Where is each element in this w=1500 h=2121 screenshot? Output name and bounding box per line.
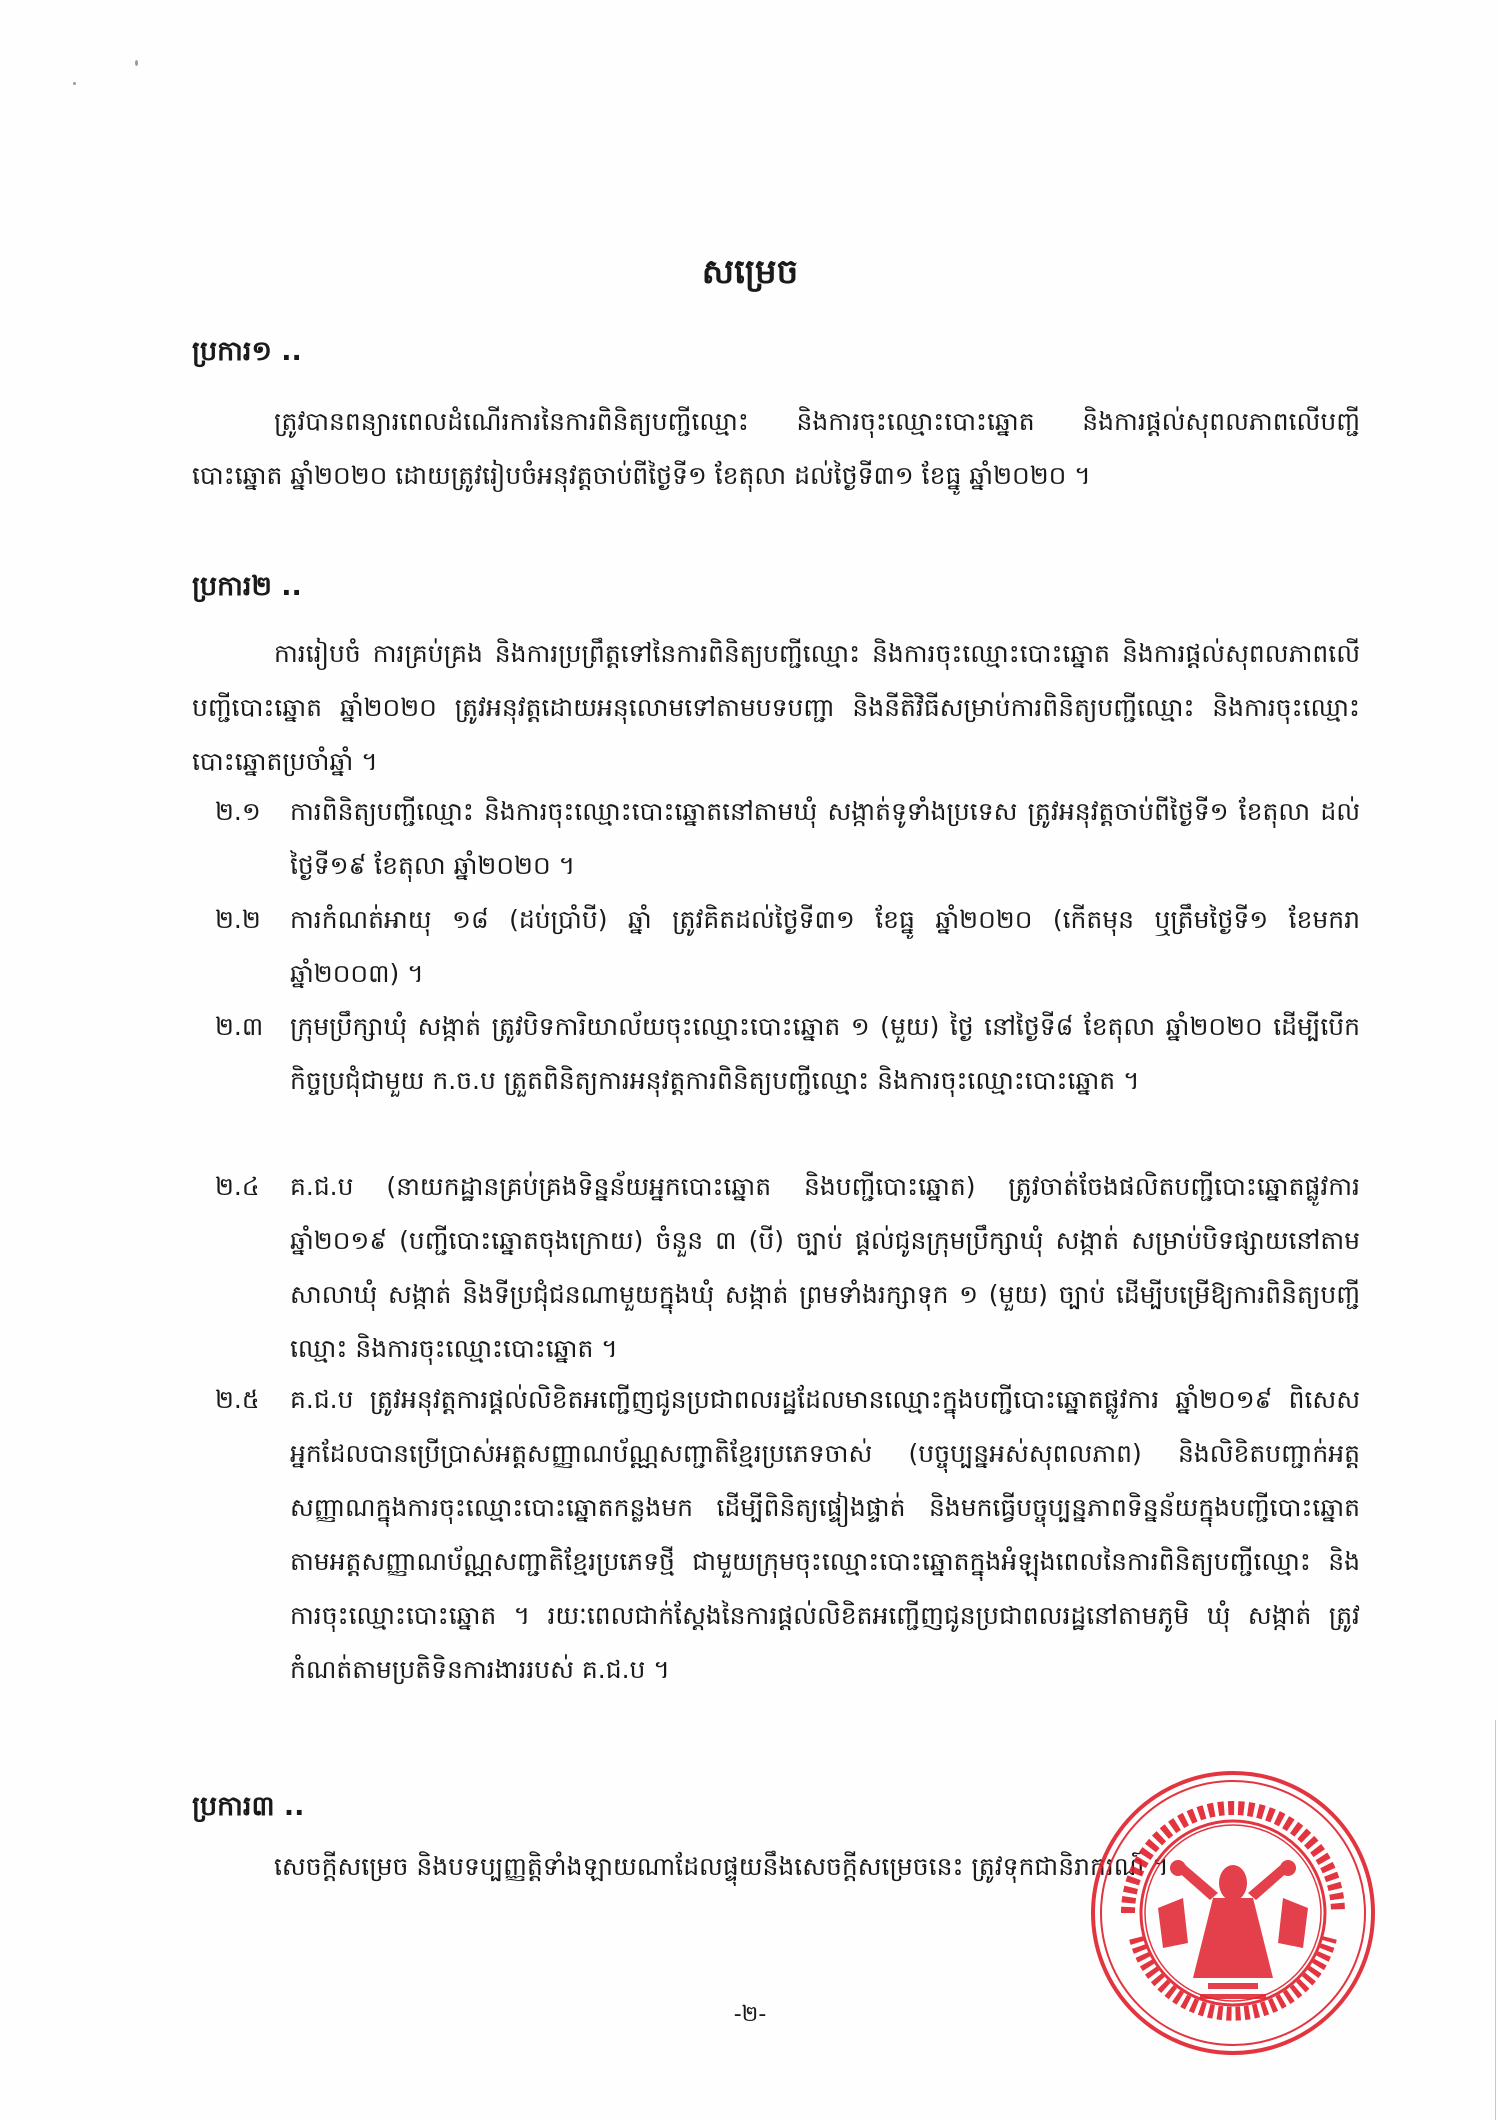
scan-speck — [73, 82, 76, 85]
article-2-item: ២.៣ ក្រុមប្រឹក្សាឃុំ សង្កាត់ ត្រូវបិទការ… — [290, 1000, 1360, 1108]
article-2-item: ២.១ ការពិនិត្យបញ្ជីឈ្មោះ និងការចុះឈ្មោះប… — [290, 785, 1360, 893]
item-number: ២.១ — [215, 785, 261, 839]
document-page: សម្រេច ប្រការ១ .. ត្រូវបានពន្យារពេលដំណើរ… — [0, 0, 1500, 2121]
scan-edge-line — [1495, 1720, 1496, 2120]
scan-speck — [135, 60, 138, 66]
item-text: ការពិនិត្យបញ្ជីឈ្មោះ និងការចុះឈ្មោះបោះឆ្… — [290, 797, 1360, 880]
item-number: ២.៣ — [215, 1000, 263, 1054]
item-number: ២.២ — [215, 893, 261, 947]
document-title: សម្រេច — [0, 250, 1500, 300]
article-1-paragraph: ត្រូវបានពន្យារពេលដំណើរការនៃការពិនិត្យបញ្… — [192, 395, 1360, 503]
article-1-heading: ប្រការ១ .. — [192, 335, 302, 374]
article-2-item: ២.៤ គ.ជ.ប (នាយកដ្ឋានគ្រប់គ្រងទិន្នន័យអ្ន… — [290, 1160, 1360, 1376]
article-2-paragraph: ការរៀបចំ ការគ្រប់គ្រង និងការប្រព្រឹត្តទៅ… — [192, 627, 1360, 789]
item-number: ២.៥ — [215, 1373, 260, 1427]
item-text: គ.ជ.ប (នាយកដ្ឋានគ្រប់គ្រងទិន្នន័យអ្នកបោះ… — [290, 1172, 1360, 1363]
item-text: គ.ជ.ប ត្រូវអនុវត្តការផ្តល់លិខិតអញ្ជើញជូន… — [290, 1385, 1360, 1684]
item-number: ២.៤ — [215, 1160, 260, 1214]
article-2-item: ២.៥ គ.ជ.ប ត្រូវអនុវត្តការផ្តល់លិខិតអញ្ជើ… — [290, 1373, 1360, 1697]
article-2-item: ២.២ ការកំណត់អាយុ ១៨ (ដប់ប្រាំបី) ឆ្នាំ ត… — [290, 893, 1360, 1001]
article-3-heading: ប្រការ៣ .. — [192, 1790, 304, 1829]
page-number: -២- — [0, 2000, 1500, 2032]
article-2-heading: ប្រការ២ .. — [192, 570, 302, 609]
item-text: ក្រុមប្រឹក្សាឃុំ សង្កាត់ ត្រូវបិទការិយាល… — [290, 1012, 1360, 1095]
item-text: ការកំណត់អាយុ ១៨ (ដប់ប្រាំបី) ឆ្នាំ ត្រូវ… — [290, 905, 1360, 988]
